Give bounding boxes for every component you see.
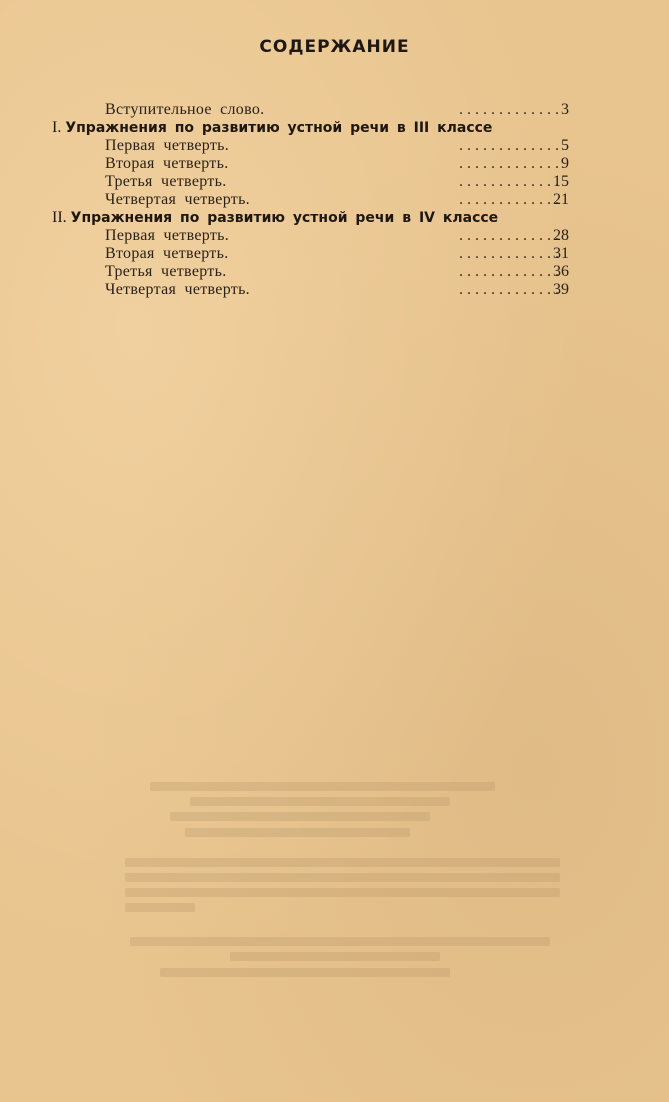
entry-label: Вступительное слово. bbox=[105, 101, 264, 119]
section-number: II. bbox=[52, 209, 67, 226]
dot-leader: . . . . . . . . . . . . . bbox=[255, 173, 559, 191]
page-number: 5 bbox=[529, 137, 569, 155]
dot-leader: . . . . . . . . . . . . . bbox=[255, 155, 559, 173]
page-number: 31 bbox=[529, 245, 569, 263]
entry-label: Третья четверть. bbox=[105, 173, 227, 191]
entry-label: Первая четверть. bbox=[105, 227, 229, 245]
page-number: 36 bbox=[529, 263, 569, 281]
toc-entry: Вторая четверть.. . . . . . . . . . . . … bbox=[0, 155, 669, 173]
toc-entry: Третья четверть.. . . . . . . . . . . . … bbox=[0, 263, 669, 281]
toc-entry: Вторая четверть.. . . . . . . . . . . . … bbox=[0, 245, 669, 263]
toc-entry: Первая четверть.. . . . . . . . . . . . … bbox=[0, 227, 669, 245]
page-number: 39 bbox=[529, 281, 569, 299]
page-number: 9 bbox=[529, 155, 569, 173]
entry-label: Четвертая четверть. bbox=[105, 281, 250, 299]
dot-leader: . . . . . . . . . . . . . bbox=[255, 245, 559, 263]
dot-leader: . . . . . . . . . . . . . bbox=[264, 281, 559, 299]
dot-leader: . . . . . . . . . . . . . bbox=[255, 137, 559, 155]
toc-entry: Четвертая четверть.. . . . . . . . . . .… bbox=[0, 191, 669, 209]
section-label: Упражнения по развитию устной речи в III… bbox=[65, 120, 492, 136]
table-of-contents: Вступительное слово.. . . . . . . . . . … bbox=[0, 101, 669, 299]
document-page: СОДЕРЖАНИЕ Вступительное слово.. . . . .… bbox=[0, 0, 669, 1102]
section-label: Упражнения по развитию устной речи в IV … bbox=[71, 210, 499, 226]
toc-entry: Третья четверть.. . . . . . . . . . . . … bbox=[0, 173, 669, 191]
entry-label: Первая четверть. bbox=[105, 137, 229, 155]
dot-leader: . . . . . . . . . . . . . bbox=[255, 263, 559, 281]
toc-entry: Первая четверть.. . . . . . . . . . . . … bbox=[0, 137, 669, 155]
toc-entry: Четвертая четверть.. . . . . . . . . . .… bbox=[0, 281, 669, 299]
page-number: 15 bbox=[529, 173, 569, 191]
toc-section-heading: I.Упражнения по развитию устной речи в I… bbox=[0, 119, 669, 137]
dot-leader: . . . . . . . . . . . . . bbox=[278, 101, 559, 119]
section-title: II.Упражнения по развитию устной речи в … bbox=[52, 209, 498, 227]
entry-label: Четвертая четверть. bbox=[105, 191, 250, 209]
page-number: 28 bbox=[529, 227, 569, 245]
entry-label: Вторая четверть. bbox=[105, 245, 229, 263]
page-number: 3 bbox=[529, 101, 569, 119]
dot-leader: . . . . . . . . . . . . . bbox=[255, 227, 559, 245]
section-number: I. bbox=[52, 119, 61, 136]
entry-label: Третья четверть. bbox=[105, 263, 227, 281]
toc-entry: Вступительное слово.. . . . . . . . . . … bbox=[0, 101, 669, 119]
dot-leader: . . . . . . . . . . . . . bbox=[264, 191, 559, 209]
entry-label: Вторая четверть. bbox=[105, 155, 229, 173]
page-title: СОДЕРЖАНИЕ bbox=[0, 37, 669, 57]
section-title: I.Упражнения по развитию устной речи в I… bbox=[52, 119, 492, 137]
page-number: 21 bbox=[529, 191, 569, 209]
toc-section-heading: II.Упражнения по развитию устной речи в … bbox=[0, 209, 669, 227]
